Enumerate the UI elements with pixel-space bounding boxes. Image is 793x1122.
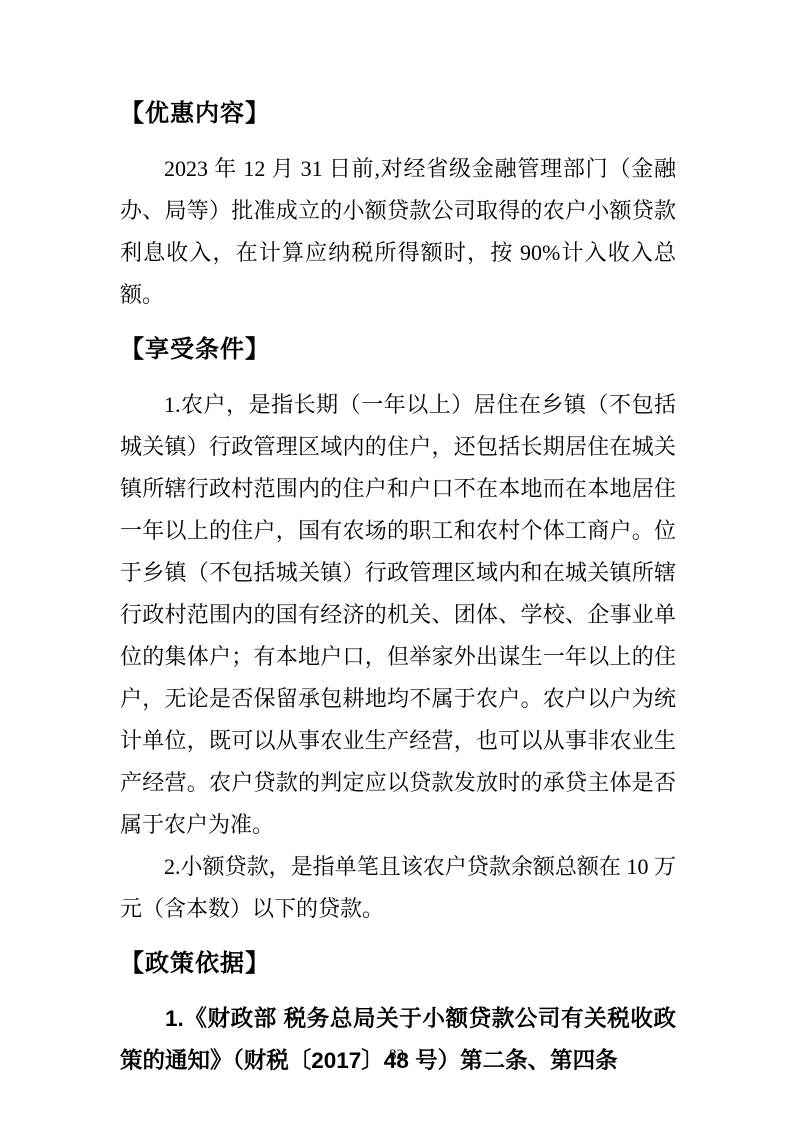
page-number: 83 [0, 1047, 793, 1064]
heading-preferential-content: 【优惠内容】 [120, 98, 676, 130]
paragraph-policy-reference: 1.《财政部 税务总局关于小额贷款公司有关税收政策的通知》（财税〔2017〕48… [120, 998, 676, 1082]
document-page: 【优惠内容】 2023 年 12 月 31 日前,对经省级金融管理部门（金融办、… [0, 0, 793, 1082]
paragraph-condition-small-loan-definition: 2.小额贷款，是指单笔且该农户贷款余额总额在 10 万元（含本数）以下的贷款。 [120, 846, 676, 930]
paragraph-condition-farmer-definition: 1.农户，是指长期（一年以上）居住在乡镇（不包括城关镇）行政管理区域内的住户，还… [120, 384, 676, 846]
heading-eligibility-conditions: 【享受条件】 [120, 334, 676, 366]
heading-policy-basis: 【政策依据】 [120, 948, 676, 980]
paragraph-preferential-content: 2023 年 12 月 31 日前,对经省级金融管理部门（金融办、局等）批准成立… [120, 148, 676, 316]
